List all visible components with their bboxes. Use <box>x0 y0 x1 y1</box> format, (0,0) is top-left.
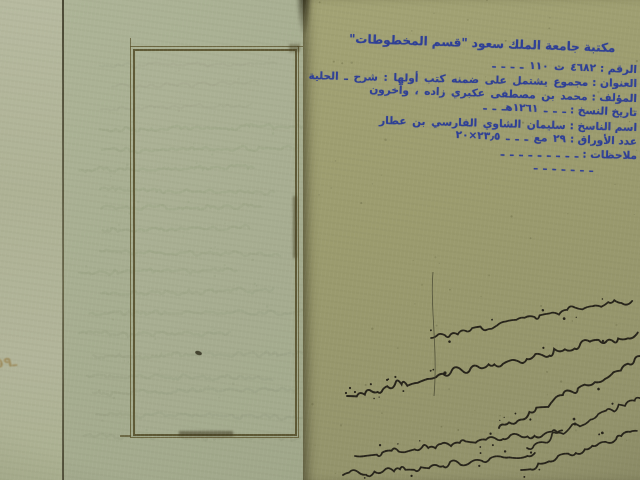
frame-ink-smudge <box>179 431 233 436</box>
gutter-shadow <box>296 0 312 36</box>
ruled-frame <box>130 46 299 438</box>
record-label: الرقم : <box>600 63 637 76</box>
record-label: اسم الناسخ : <box>570 120 638 134</box>
record-label: عدد الأوراق : <box>570 133 638 148</box>
right-page: مكتبة جامعة الملك سعود "قسم المخطوطات" ا… <box>303 0 640 480</box>
record-label: العنوان : <box>592 77 637 90</box>
record-label <box>597 163 598 175</box>
record-value: ٢٩ مع ـ ـ ـ ٢٣٫٥×٢٠ <box>455 129 566 145</box>
record-label: تاريخ النسخ : <box>570 104 637 119</box>
record-label: المؤلف : <box>591 91 637 105</box>
library-stamp-header: مكتبة جامعة الملك سعود "قسم المخطوطات" <box>349 32 616 55</box>
frame-ink-smudge <box>289 44 300 52</box>
catalog-record: الرقم :٤٦٨٢ ت ١١٠ ـ ـ ـ ـ العنوان :مجموع… <box>317 63 637 178</box>
left-page <box>64 0 303 480</box>
frame-overshoot <box>130 38 131 47</box>
record-value: ـ ـ ـ ـ ـ ـ ـ <box>534 160 594 175</box>
edge-stamp-fragment: ـ٥٩ <box>0 354 18 372</box>
record-value: ٤٦٨٢ ت ١١٠ ـ ـ ـ ـ <box>492 58 596 74</box>
frame-ink-smudge <box>293 196 297 258</box>
record-label: ملاحظات : <box>582 149 637 162</box>
record-value: ـ ـ ـ ١٢٦١هـ ـ ـ <box>483 101 566 116</box>
frame-overshoot <box>120 435 131 437</box>
previous-page-edge <box>0 0 63 480</box>
manuscript-scan: ـ٥٩ مكتبة جامعة الملك سعود "قسم المخطوطا… <box>0 0 640 480</box>
